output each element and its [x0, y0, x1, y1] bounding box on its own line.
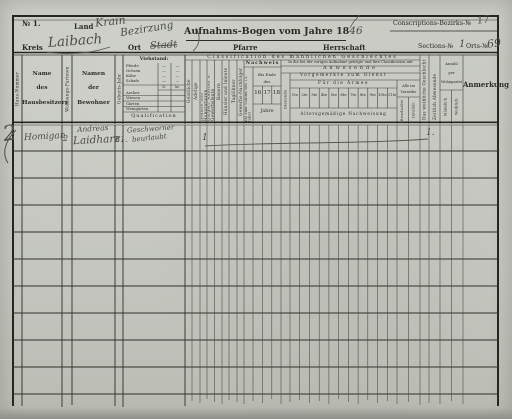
vorgemerkte-label: Vorgemerkte zum Dienst	[290, 74, 397, 78]
year-16: 16	[253, 91, 263, 97]
form-title-year-handwritten: 46	[349, 25, 362, 37]
class-group-4: Bürgerl. Künstler u. Gewerbsleute	[208, 62, 214, 121]
class-group-5: Bauern	[216, 62, 222, 121]
class-group-1: Geistliche	[186, 62, 192, 121]
entry-tick-right: 1.	[426, 129, 435, 138]
viehstand-dash: —	[171, 74, 184, 78]
klasse-4: 4te	[319, 93, 329, 97]
column-geburtsjahr: Geburts-Jahr	[116, 58, 123, 120]
viehstand-row1: Pferde	[126, 64, 139, 68]
kreis-label: Kreis	[22, 44, 43, 51]
class-group-2: Adelige	[193, 62, 199, 121]
entry-resident-last-name: Laidharz	[73, 134, 120, 147]
column-wohnparteien: Wohnungs-Parteien	[64, 58, 71, 120]
column-weibliches-geschlecht: Das weibliche Geschlecht	[421, 57, 428, 122]
viehstand-row3: Kühe	[126, 74, 136, 78]
viehstand-dash: —	[171, 64, 184, 68]
column-haus-nummer: Haus-Nummer	[14, 58, 21, 120]
klasse-2: 2te	[300, 93, 310, 97]
entry-birth-year: 81.	[115, 136, 128, 144]
form-title: Aufnahms-Bogen vom Jahre 1846	[184, 26, 344, 37]
column-abwesende: Zeitlich Abwesende	[431, 72, 439, 122]
form-title-prefix: Aufnahms-Bogen vom Jahre 18	[184, 26, 349, 37]
kr-column-head: kr.	[171, 86, 184, 89]
klasse-6: 6te	[339, 93, 349, 97]
orts-label: Orts-№	[466, 44, 488, 50]
fuer-die-armee-label: Für die Armee	[290, 82, 397, 86]
class-group-3: Beamte und Honoratioren	[201, 62, 207, 121]
class-group-6: Häusler und Inleute	[223, 62, 229, 121]
ort-label: Ort	[128, 44, 141, 51]
sections-label: Sections-№	[418, 44, 453, 50]
entry-parties-count: 2	[63, 135, 68, 143]
qualification-head: Qualification	[123, 114, 185, 119]
land-label: Land	[74, 23, 93, 30]
viehstand-dash: —	[158, 79, 170, 83]
summary-sub-maennlich: Männlich	[442, 92, 451, 122]
column-anmerkung: Anmerkung	[463, 81, 499, 88]
alle-sub-1: Beurlaubte	[399, 99, 407, 122]
anwesende-label: Anwesende	[281, 67, 420, 72]
conscription-district-label: Conscriptions-Bezirks-№	[393, 21, 471, 27]
viehstand-row4: Schafe	[126, 79, 139, 83]
viehstand-dash: —	[158, 74, 170, 78]
klasse-5: 5te	[329, 93, 339, 97]
land-row3: Gärten	[126, 102, 139, 106]
alle-im-vorrathe-label: Alle im Vorrathe	[397, 83, 420, 95]
alters-band-label: Altersgemäßige Nachweisung	[290, 113, 397, 117]
pfarre-label: Pfarre	[233, 44, 258, 51]
side-strip-column: Dienende	[283, 76, 290, 122]
fl-column-head: fl.	[158, 86, 170, 89]
class-group-8: Gewerbs-Nachfolger	[238, 62, 244, 121]
viehstand-dash: —	[158, 64, 170, 68]
viehstand-dash: —	[171, 79, 184, 83]
klasse-10: 10te	[378, 93, 388, 97]
class-group-7: Taglöhner	[231, 62, 237, 121]
alle-sub-2: Invalide	[410, 99, 419, 122]
nachweis-side-column: Bis zum Schluß des 13. Jahrs	[245, 69, 252, 122]
viehstand-row2: Ochsen	[126, 69, 140, 73]
land-row2: Wiesen	[126, 96, 140, 100]
nachweis-label: Nachweis	[244, 61, 281, 66]
year-18: 18	[272, 91, 281, 97]
klasse-7: 7te	[348, 93, 358, 97]
column-bewohner: Namen der Bewohner	[72, 67, 115, 110]
year-17: 17	[263, 91, 272, 97]
scanned-form-sheet: № 1. Land Krain Aufnahms-Bogen vom Jahre…	[0, 0, 512, 419]
summary-sub-weiblich: Weiblich	[453, 92, 462, 122]
klasse-11: 11te	[387, 93, 397, 97]
land-row4: Weingärten	[126, 107, 148, 111]
entry-resident-first-name: Andreas	[77, 124, 109, 134]
column-owner: Name des Hausbesitzers	[22, 67, 62, 110]
conscription-district-value: 17	[476, 15, 490, 27]
viehstand-title: Viehstand:	[123, 57, 185, 62]
klasse-3: 3te	[309, 93, 319, 97]
orts-value: 69	[486, 37, 501, 49]
entry-tick-left: 1	[202, 134, 208, 143]
viehstand-dash: —	[171, 69, 184, 73]
land-row1: Aecker	[126, 91, 139, 95]
bis-ende-des-label: Bis Ende des	[253, 71, 281, 85]
klasse-1: 1te	[290, 93, 300, 97]
herrschaft-label: Herrschaft	[323, 44, 366, 51]
klasse-9: 9te	[368, 93, 378, 97]
ort-struck-value: Stadt	[150, 40, 178, 51]
viehstand-dash: —	[158, 69, 170, 73]
previous-census-note: In die bei der vorigen Aufnahme gefolgte…	[282, 61, 419, 65]
summary-box-label: Anzahl per Wohnpartei	[440, 60, 463, 87]
sections-value: 1	[459, 40, 465, 50]
jahre-label: Jahre	[253, 110, 281, 115]
sheet-number: № 1.	[22, 20, 41, 28]
klasse-8: 8te	[358, 93, 368, 97]
